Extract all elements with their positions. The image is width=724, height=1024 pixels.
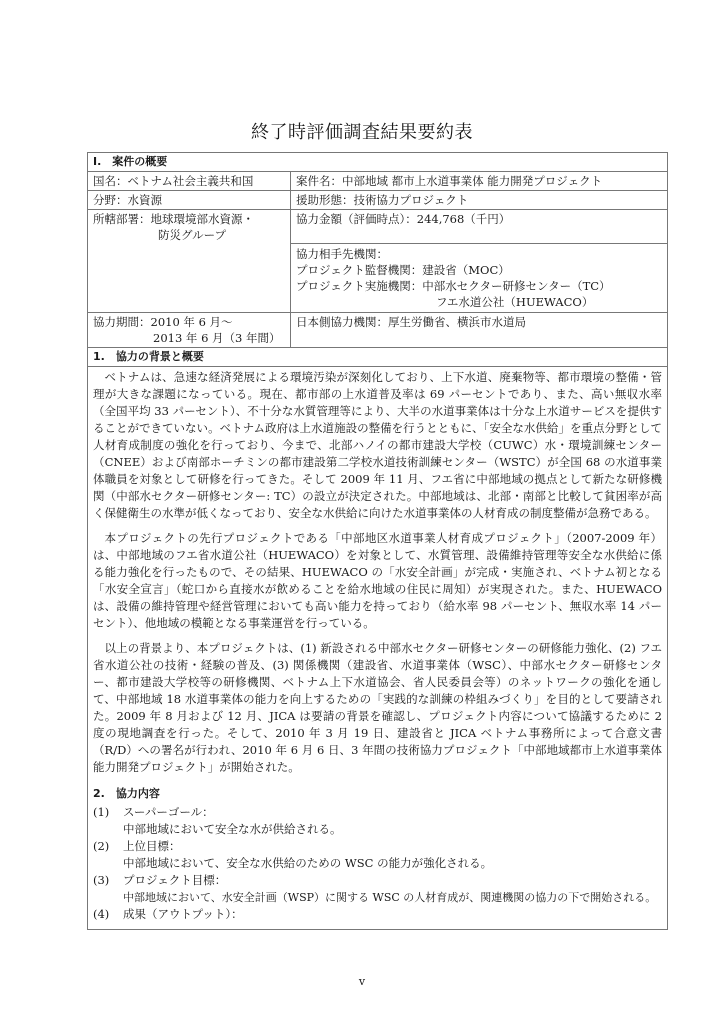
section2-heading: 2. 協力内容 [93, 786, 662, 802]
section1-heading-row: 1. 協力の背景と概要 [88, 348, 667, 367]
item-number: (2) [93, 838, 123, 855]
item-desc: 中部地域において安全な水が供給される。 [93, 821, 662, 838]
department-line2: 防災グループ [93, 227, 285, 243]
content-item: (4)成果（アウトプット）： [93, 906, 662, 923]
item-number: (3) [93, 872, 123, 889]
cost: 協力金額（評価時点）：244,768（千円） [291, 210, 667, 244]
item-label: 成果（アウトプット）： [123, 907, 243, 921]
item-number: (1) [93, 804, 123, 821]
country: 国名：ベトナム社会主義共和国 [88, 172, 291, 190]
background-paragraph: 以上の背景より、本プロジェクトは、(1) 新設される中部水セクター研修センターの… [93, 640, 662, 776]
partner-orgs: 協力相手先機関： プロジェクト監督機関：建設省（MOC） プロジェクト実施機関：… [291, 244, 667, 312]
content-item: (1)スーパーゴール： [93, 804, 662, 821]
period-line1: 協力期間：2010 年 6 月～ [93, 314, 285, 330]
item-label: プロジェクト目標： [123, 873, 226, 887]
item-label: スーパーゴール： [123, 805, 214, 819]
page-number: v [0, 975, 724, 988]
row-department: 所轄部署：地球環境部水資源・ 防災グループ 協力金額（評価時点）：244,768… [88, 210, 667, 313]
department-right: 協力金額（評価時点）：244,768（千円） 協力相手先機関： プロジェクト監督… [291, 210, 667, 312]
period: 協力期間：2010 年 6 月～ 2013 年 6 月（3 年間） [88, 313, 291, 347]
item-number: (4) [93, 906, 123, 923]
japan-side: 日本側協力機関：厚生労働省、横浜市水道局 [291, 313, 667, 347]
department-line1: 所轄部署：地球環境部水資源・ [93, 211, 285, 227]
department: 所轄部署：地球環境部水資源・ 防災グループ [88, 210, 291, 312]
row-sector: 分野：水資源 援助形態：技術協力プロジェクト [88, 191, 667, 210]
background-paragraph: ベトナムは、急速な経済発展による環境汚染が深刻化しており、上下水道、廃棄物等、都… [93, 369, 662, 522]
section1-heading: 1. 協力の背景と概要 [88, 348, 209, 366]
partner-implementer: プロジェクト実施機関：中部水セクター研修センター（TC） [296, 278, 662, 294]
body: ベトナムは、急速な経済発展による環境汚染が深刻化しており、上下水道、廃棄物等、都… [88, 367, 667, 929]
content-item: (2)上位目標： [93, 838, 662, 855]
overview-heading-row: I. 案件の概要 [88, 153, 667, 172]
content-item: (3)プロジェクト目標： [93, 872, 662, 889]
project-name: 案件名：中部地域 都市上水道事業体 能力開発プロジェクト [291, 172, 667, 190]
period-line2: 2013 年 6 月（3 年間） [93, 330, 285, 346]
document-title: 終了時評価調査結果要約表 [0, 118, 724, 144]
assistance-type: 援助形態：技術協力プロジェクト [291, 191, 667, 209]
row-period: 協力期間：2010 年 6 月～ 2013 年 6 月（3 年間） 日本側協力機… [88, 313, 667, 348]
summary-table: I. 案件の概要 国名：ベトナム社会主義共和国 案件名：中部地域 都市上水道事業… [87, 152, 668, 930]
partner-implementer2: フエ水道公社（HUEWACO） [296, 294, 662, 310]
partner-supervisor: プロジェクト監督機関：建設省（MOC） [296, 262, 662, 278]
partner-label: 協力相手先機関： [296, 246, 662, 262]
item-desc: 中部地域において、安全な水供給のための WSC の能力が強化される。 [93, 855, 662, 872]
background-paragraph: 本プロジェクトの先行プロジェクトである「中部地区水道事業人材育成プロジェクト」（… [93, 530, 662, 632]
item-label: 上位目標： [123, 839, 181, 853]
sector: 分野：水資源 [88, 191, 291, 209]
overview-heading: I. 案件の概要 [88, 153, 172, 171]
body-row: ベトナムは、急速な経済発展による環境汚染が深刻化しており、上下水道、廃棄物等、都… [88, 367, 667, 929]
row-country: 国名：ベトナム社会主義共和国 案件名：中部地域 都市上水道事業体 能力開発プロジ… [88, 172, 667, 191]
item-desc: 中部地域において、水安全計画（WSP）に関する WSC の人材育成が、関連機関の… [93, 889, 662, 906]
